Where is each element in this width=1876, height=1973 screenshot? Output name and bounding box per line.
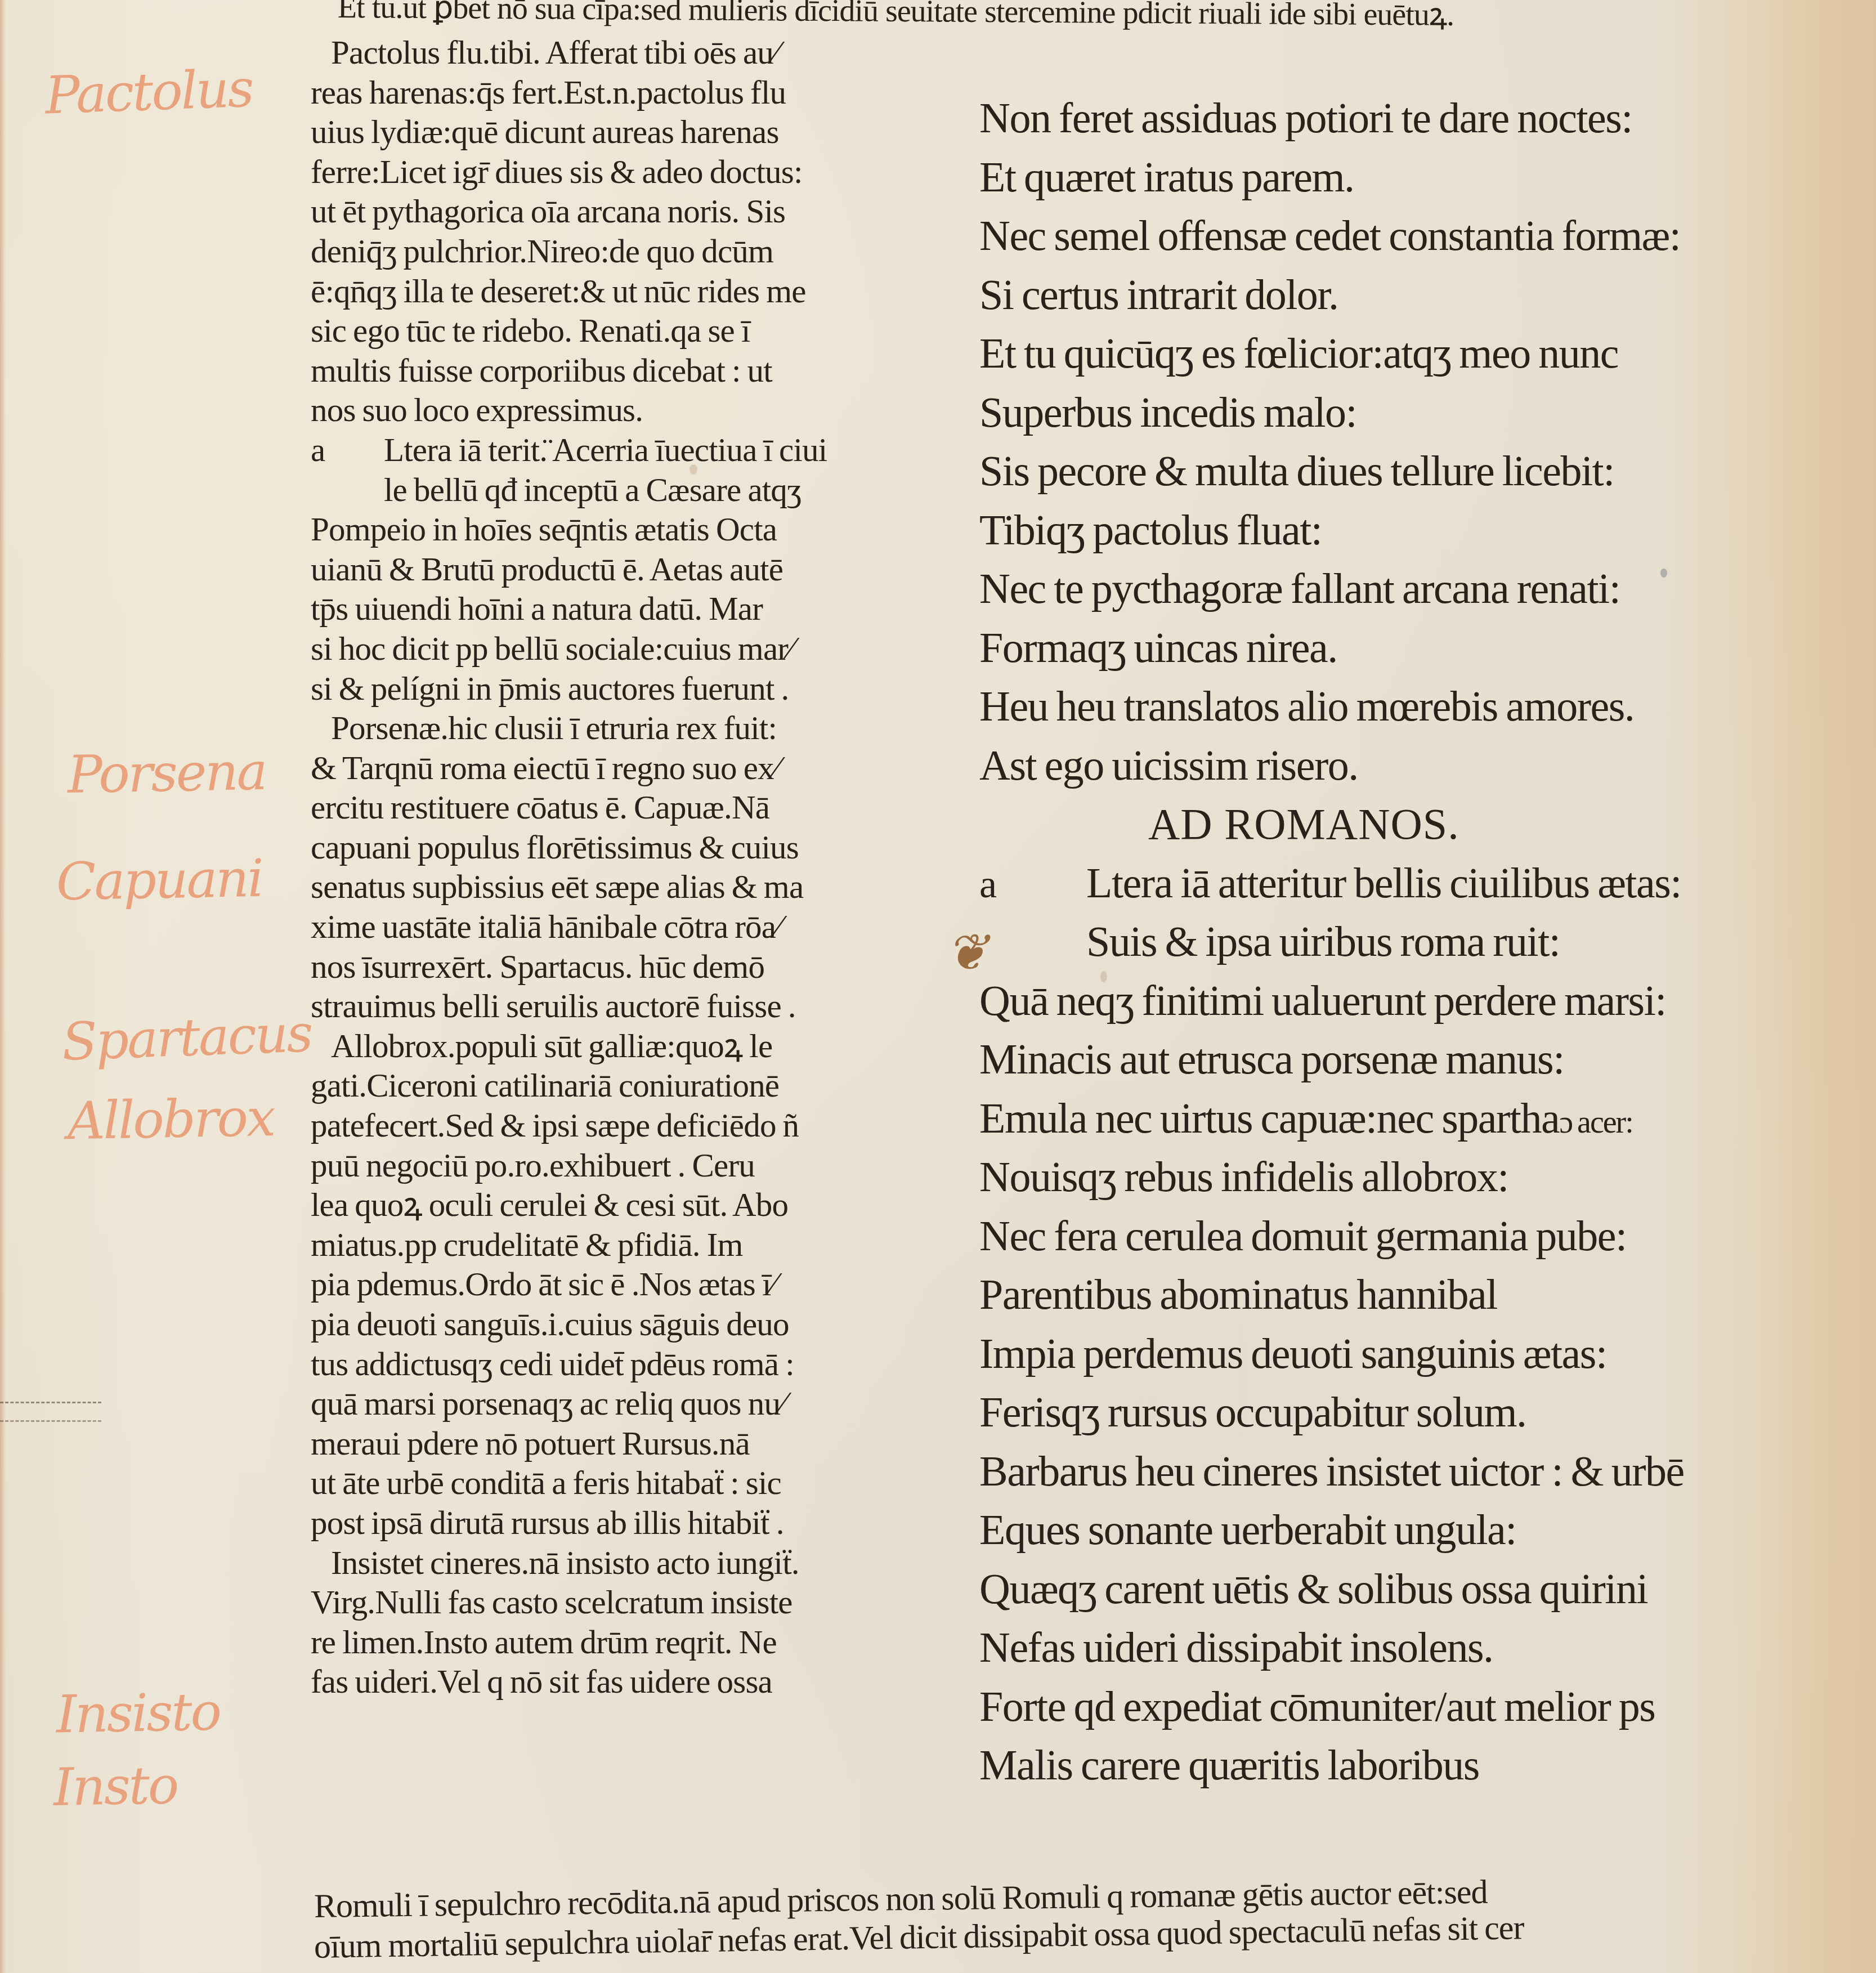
commentary-line: ut ēt pythagorica oīa arcana noris. Sis — [311, 191, 935, 231]
commentary-line: si & pelígni in p̄mis auctores fuerunt . — [311, 669, 935, 709]
commentary-line: post ipsā dirutā rursus ab illis hitabiẗ… — [311, 1503, 935, 1543]
commentary-line: capuani populus florētissimus & cuius — [311, 827, 935, 867]
verse-line: Tibiqʒ pactolus fluat: — [979, 501, 1857, 560]
verse-line: Formaqʒ uincas nirea. — [979, 619, 1857, 678]
verse-line: Et quæret iratus parem. — [979, 148, 1857, 207]
verse-line-text: Ltera iā atteritur bellis ciuilibus ætas… — [1086, 860, 1681, 907]
section-heading: AD ROMANOS. — [979, 795, 1857, 854]
marginal-note-insto: Insto — [53, 1755, 178, 1818]
commentary-line: re limen.Insto autem drūm reqrit. Ne — [311, 1622, 935, 1662]
verse-line: Nec fera cerulea domuit germania pube: — [979, 1207, 1857, 1266]
commentary-line: & Tarqnū roma eiectū ī regno suo ex⁄ — [311, 748, 935, 788]
verse-line: Superbus incedis malo: — [979, 383, 1857, 442]
commentary-line: xime uastāte italiā hānibale cōtra rōa⁄ — [311, 907, 935, 947]
verse-line: Malis carere quæritis laboribus — [979, 1736, 1857, 1795]
commentary-line: tus addictusqʒ cedi uidet̄ pdēus romā : — [311, 1344, 935, 1384]
verse-line: Ast ego uicissim risero. — [979, 736, 1857, 795]
commentary-line: miatus.pp crudelitatē & pfidiā. Im — [311, 1225, 935, 1265]
verse-line: Minacis aut etrusca porsenæ manus: — [979, 1030, 1857, 1089]
commentary-line: puū negociū po.ro.exhibuert . Ceru — [311, 1146, 935, 1185]
marginal-note-porsena: Porsena — [67, 741, 266, 805]
commentary-line: patefecert.Sed & ipsi sæpe deficiēdo ñ — [311, 1106, 935, 1146]
marginal-note-capuani: Capuani — [56, 848, 263, 912]
verse-line: Quā neqʒ finitimi ualuerunt perdere mars… — [979, 972, 1857, 1031]
commentary-line: ercitu restituere cōatus ē. Capuæ.Nā — [311, 788, 935, 827]
verse-line: Heu heu translatos alio mœrebis amores. — [979, 677, 1857, 736]
manicule-icon: ❦ — [946, 923, 988, 982]
commentary-line: sic ego tūc te ridebo. Renati.qa se ī — [311, 311, 935, 351]
commentary-line: nos suo loco expressimus. — [311, 390, 935, 430]
verse-line: Sis pecore & multa diues tellure licebit… — [979, 442, 1857, 501]
commentary-line: meraui pdere nō potuert Rursus.nā — [311, 1424, 935, 1464]
verse-line: Si certus intrarit dolor. — [979, 266, 1857, 325]
commentary-line: le bellū qđ inceptū a Cæsare atqʒ — [311, 470, 935, 510]
verse-column: Non feret assiduas potiori te dare nocte… — [979, 89, 1857, 1795]
top-commentary-line: Et tu.ut ꝑbet nō sua cīpa:sed mulieris d… — [338, 0, 1824, 37]
verse-line: Nouisqʒ rebus infidelis allobrox: — [979, 1148, 1857, 1207]
commentary-line: senatus supbissius eēt sæpe alias & ma — [311, 867, 935, 907]
commentary-line: Pompeio in hoīes seq̄ntis ætatis Octa — [311, 509, 935, 549]
verse-line: Forte qd expediat cōmuniter/aut melior p… — [979, 1677, 1857, 1737]
guide-letter: a — [311, 430, 384, 470]
marginal-note-allobrox: Allobrox — [67, 1088, 275, 1151]
margin-annotations: Pactolus Porsena Capuani Spartacus Allob… — [0, 0, 304, 1973]
verse-line: Quæqʒ carent uētis & solibus ossa quirin… — [979, 1560, 1857, 1619]
commentary-line: multis fuisse corporiibus dicebat : ut — [311, 351, 935, 391]
commentary-line: Porsenæ.hic clusii ī etruria rex fuit: — [311, 708, 935, 748]
verse-line: Eques sonante uerberabit ungula: — [979, 1501, 1857, 1560]
commentary-line: nos īsurrexērt. Spartacus. hūc demō — [311, 947, 935, 987]
commentary-line: ferre:Licet igr̄ diues sis & adeo doctus… — [311, 152, 935, 192]
commentary-line: Virg.Nulli fas casto scelcratum insiste — [311, 1582, 935, 1622]
marginal-note-pactolus: Pactolus — [44, 59, 253, 126]
commentary-line: Allobrox.populi sūt galliæ:quoꝝ le — [311, 1026, 935, 1066]
commentary-line: pia pdemus.Ordo āt sic ē .Nos ætas ī⁄ — [311, 1264, 935, 1304]
verse-line-text: Emula nec uirtus capuæ:nec spartha — [979, 1095, 1559, 1142]
verse-line: Suis & ipsa uiribus roma ruit: — [979, 912, 1857, 972]
commentary-line: tp̄s uiuendi hoīni a natura datū. Mar — [311, 589, 935, 629]
verse-line: Impia perdemus deuoti sanguinis ætas: — [979, 1325, 1857, 1384]
commentary-column: Pactolus flu.tibi. Afferat tibi oēs au⁄ … — [311, 33, 935, 1702]
verse-line: aLtera iā atteritur bellis ciuilibus æta… — [979, 854, 1857, 913]
commentary-line: uianū & Brutū productū ē. Aetas autē — [311, 549, 935, 589]
commentary-line: Insistet cineres.nā insisto acto iungiẗ. — [311, 1543, 935, 1583]
commentary-line: fas uideri.Vel q nō sit fas uidere ossa — [311, 1662, 935, 1702]
commentary-line: strauimus belli seruilis auctorē fuisse … — [311, 986, 935, 1026]
bottom-commentary: Romuli ī sepulchro recōdita.nā apud pris… — [314, 1886, 1834, 1967]
verse-line: Ferisqʒ rursus occupabitur solum. — [979, 1383, 1857, 1442]
commentary-line: Pactolus flu.tibi. Afferat tibi oēs au⁄ — [311, 33, 935, 73]
verse-line: Et tu quicūqʒ es fœlicior:atqʒ meo nunc — [979, 324, 1857, 383]
commentary-line-text: Ltera iā terit.̈ Acerria īuectiua ī ciui — [384, 431, 827, 468]
commentary-line: gati.Ciceroni catilinariā coniurationē — [311, 1066, 935, 1106]
verse-line: Barbarus heu cineres insistet uictor : &… — [979, 1442, 1857, 1501]
ink-smudge — [0, 1402, 101, 1422]
verse-line: Emula nec uirtus capuæ:nec sparthaɔ acer… — [979, 1089, 1857, 1148]
commentary-line: lea quoꝝ oculi cerulei & cesi sūt. Abo — [311, 1185, 935, 1225]
commentary-line: reas harenas:q̄s fert.Est.n.pactolus flu — [311, 73, 935, 113]
marginal-note-spartacus: Spartacus — [61, 1003, 312, 1072]
commentary-line: si hoc dicit pp bellū sociale:cuius mar⁄ — [311, 629, 935, 669]
commentary-line: ut āte urbē conditā a feris hitabaẗ : si… — [311, 1463, 935, 1503]
commentary-line: quā marsi porsenaqʒ ac reliq quos nu⁄ — [311, 1384, 935, 1424]
verse-line-tail: ɔ acer: — [1559, 1105, 1633, 1140]
guide-letter: a — [979, 856, 1086, 915]
commentary-line: aLtera iā terit.̈ Acerria īuectiua ī ciu… — [311, 430, 935, 470]
commentary-line: deniq̄ʒ pulchrior.Nireo:de quo dcūm — [311, 231, 935, 271]
commentary-line: uius lydiæ:quē dicunt aureas harenas — [311, 112, 935, 152]
commentary-line: pia deuoti sanguīs.i.cuius sāguis deuo — [311, 1304, 935, 1344]
commentary-line: ē:qn̄qʒ illa te deseret:& ut nūc rides m… — [311, 271, 935, 311]
verse-line: Nec semel offensæ cedet constantia formæ… — [979, 207, 1857, 266]
verse-line: Nec te pycthagoræ fallant arcana renati: — [979, 560, 1857, 619]
marginal-note-insisto: Insisto — [56, 1681, 221, 1744]
verse-line: Parentibus abominatus hannibal — [979, 1265, 1857, 1325]
verse-line: Non feret assiduas potiori te dare nocte… — [979, 89, 1857, 148]
verse-line: Nefas uideri dissipabit insolens. — [979, 1618, 1857, 1677]
